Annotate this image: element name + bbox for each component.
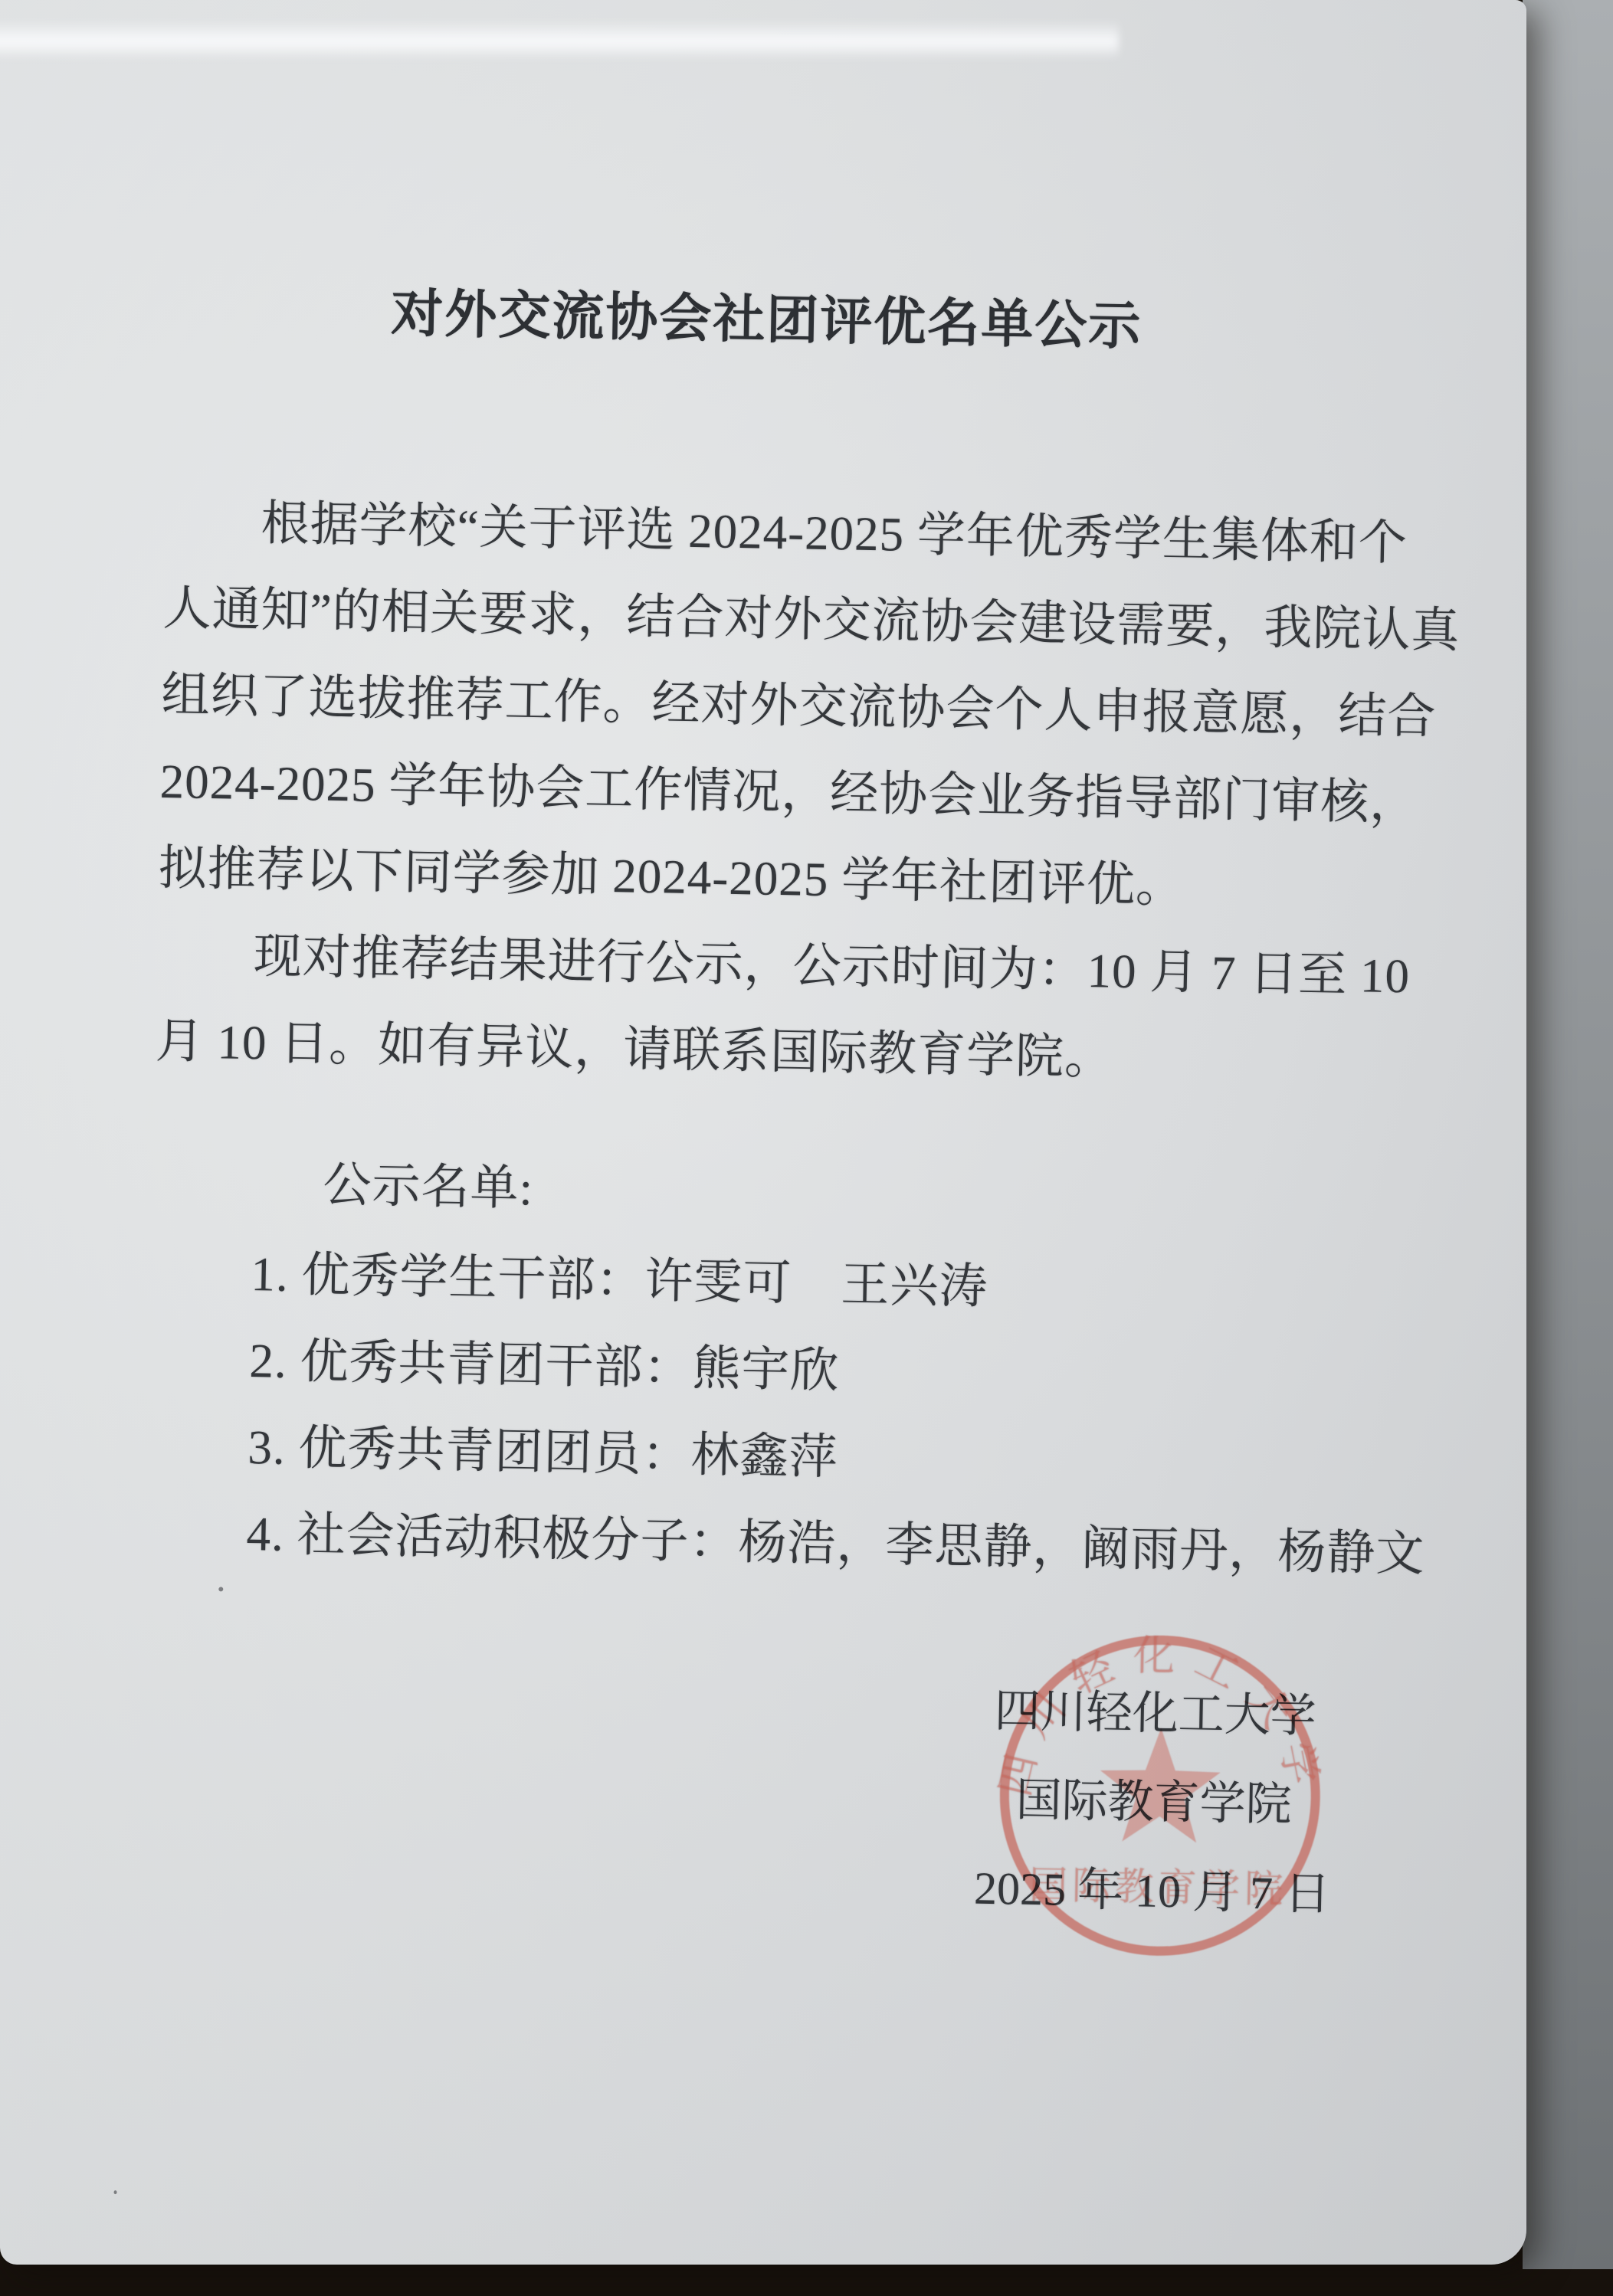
seal-star-icon [1099, 1727, 1221, 1843]
paper-speck [114, 2190, 117, 2194]
body-line-6: 现对推荐结果进行公示，公示时间为：10 月 7 日至 10 [156, 915, 1411, 1007]
photo-scene: 对外交流协会社团评优名单公示 根据学校“关于评选 2024-2025 学年优秀学… [0, 0, 1613, 2296]
official-seal: 四川轻化工大学 国际教育学院 [988, 1623, 1333, 1968]
body-line-4: 2024-2025 学年协会工作情况，经协会业务指导部门审核， [159, 742, 1419, 834]
body-line-7: 月 10 日。如有异议，请联系国际教育学院。 [155, 1002, 1114, 1089]
body-line-1: 根据学校“关于评选 2024-2025 学年优秀学生集体和个 [164, 483, 1408, 574]
list-item-1: 1. 优秀学生干部：许雯可 王兴涛 [151, 1233, 988, 1318]
body-line-3: 组织了选拔推荐工作。经对外交流协会个人申报意愿，结合 [161, 656, 1437, 748]
list-item-3: 3. 优秀共青团团员：林鑫萍 [148, 1407, 838, 1489]
list-item-2: 2. 优秀共青团干部：熊宇欣 [149, 1320, 840, 1402]
paper-speck [218, 1587, 223, 1591]
seal-bottom-text: 国际教育学院 [1028, 1863, 1287, 1911]
body-line-2: 人通知”的相关要求，结合对外交流协会建设需要，我院认真 [162, 569, 1461, 662]
document-content: 对外交流协会社团评优名单公示 根据学校“关于评选 2024-2025 学年优秀学… [0, 0, 1526, 2265]
body-line-5: 拟推荐以下同学参加 2024-2025 学年社团评优。 [158, 829, 1185, 916]
table-surface-right [1523, 0, 1613, 2269]
document-title: 对外交流协会社团评优名单公示 [3, 265, 1526, 366]
list-header: 公示名单: [152, 1143, 534, 1220]
list-item-4: 4. 社会活动积极分子：杨浩，李思静，阚雨丹，杨静文 [146, 1493, 1425, 1585]
document-paper: 对外交流协会社团评优名单公示 根据学校“关于评选 2024-2025 学年优秀学… [0, 0, 1526, 2265]
